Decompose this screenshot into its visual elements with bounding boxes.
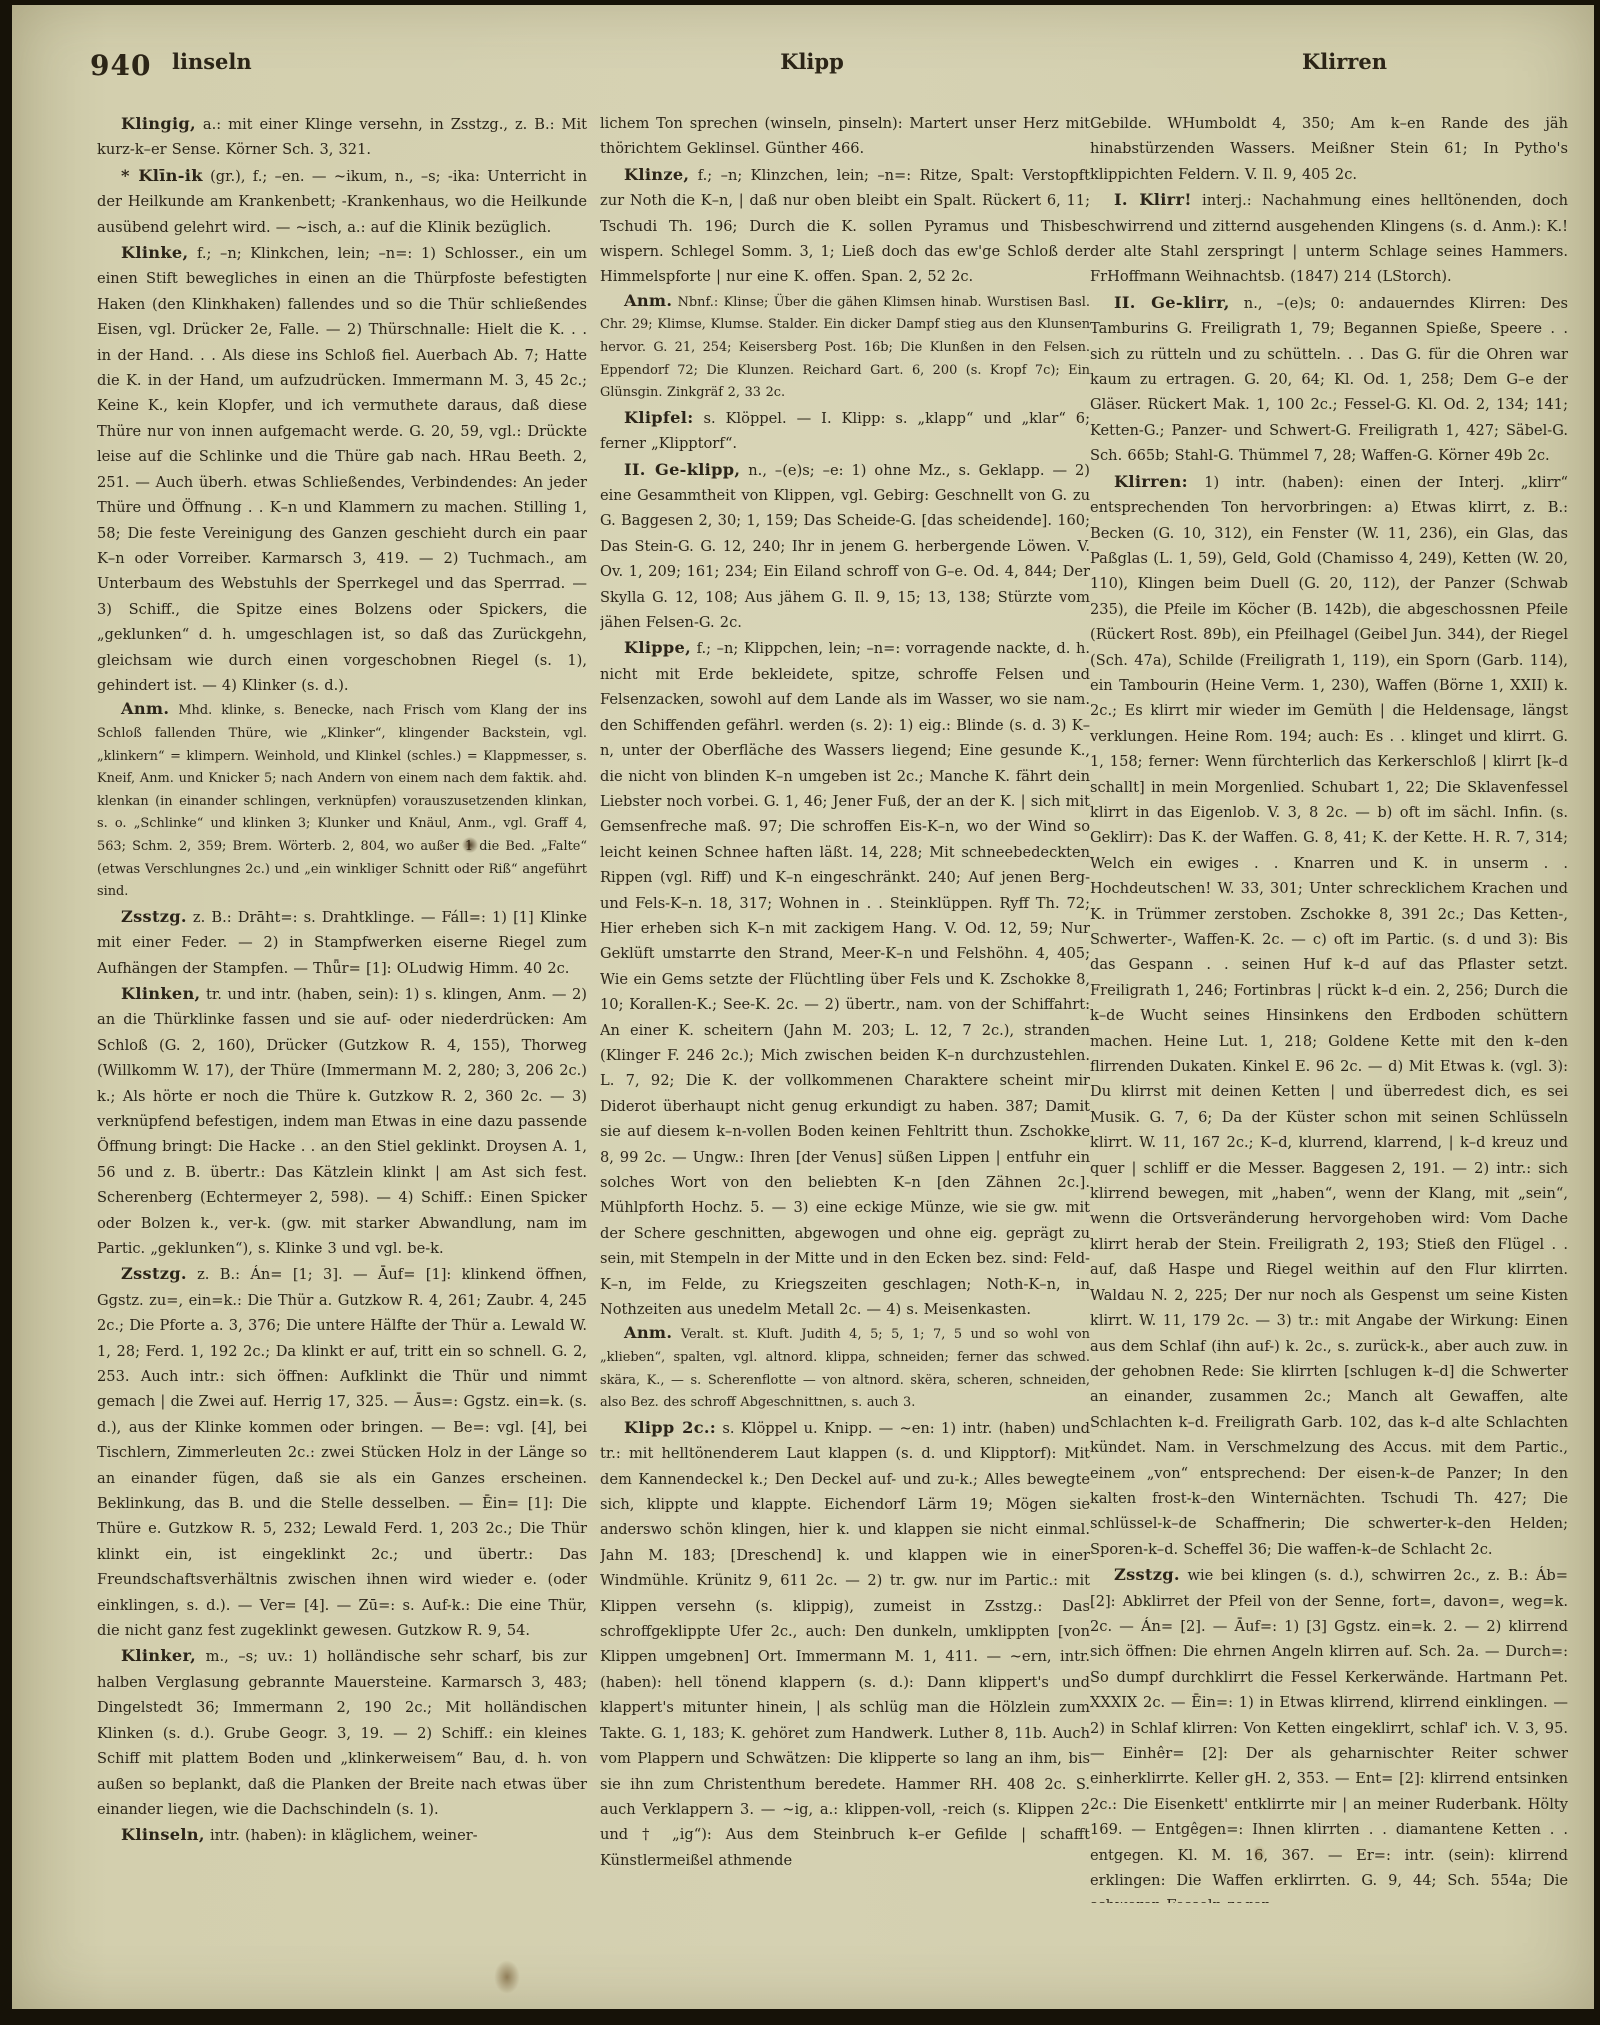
anm-klippe: Anm. Veralt. st. Kluft. Judith 4, 5; 5, … xyxy=(600,1322,1090,1414)
headword-geklipp: II. Ge-klipp, xyxy=(624,460,740,479)
entry-geklirr: II. Ge-klirr, n., –(e)s; 0: andauerndes … xyxy=(1090,290,1568,469)
entry-klinze: Klinze, f.; –n; Klinzchen, lein; –n=: Ri… xyxy=(600,162,1090,290)
zsstzg-label: Zsstzg. xyxy=(121,907,187,926)
zsstzg-label: Zsstzg. xyxy=(121,1264,187,1283)
anm-label: Anm. xyxy=(624,291,672,310)
running-head-right: Klirren xyxy=(1302,49,1387,74)
entry-klippe: Klippe, f.; –n; Klippchen, lein; –n=: vo… xyxy=(600,635,1090,1322)
anm-klinze: Anm. Nbnf.: Klinse; Über die gähen Klims… xyxy=(600,290,1090,405)
entry-klinken: Klinken, tr. und intr. (haben, sein): 1)… xyxy=(97,981,587,1261)
entry-klirren: Klirren: 1) intr. (haben): einen der Int… xyxy=(1090,469,1568,1562)
continuation-klinseln: lichem Ton sprechen (winseln, pinseln): … xyxy=(600,111,1090,162)
continuation-klippig: Gebilde. WHumboldt 4, 350; Am k–en Rande… xyxy=(1090,111,1568,187)
headword-klipfel: Klipfel: xyxy=(624,408,693,427)
headword-klingig: Klingig, xyxy=(121,114,196,133)
middle-column: lichem Ton sprechen (winseln, pinseln): … xyxy=(600,111,1090,1933)
entry-text: f.; –n; Klinzchen, lein; –n=: Ritze, Spa… xyxy=(600,167,1090,286)
entry-text: f.; –n; Klinkchen, lein; –n=: 1) Schloss… xyxy=(97,245,587,694)
entry-text: m., –s; uv.: 1) holländische sehr scharf… xyxy=(97,1648,587,1817)
entry-text: wie bei klingen (s. d.), schwirren 2c., … xyxy=(1090,1567,1568,1903)
entry-text: s. Klöppel u. Knipp. — ~en: 1) intr. (ha… xyxy=(600,1420,1090,1869)
paper-stain xyxy=(494,1960,520,1994)
headword-klinke: Klinke, xyxy=(121,243,188,262)
entry-text: tr. und intr. (haben, sein): 1) s. kling… xyxy=(97,986,587,1257)
paper-stain xyxy=(1252,1845,1266,1863)
entry-text: Nbnf.: Klinse; Über die gähen Klimsen hi… xyxy=(600,295,1090,400)
entry-klingig: Klingig, a.: mit einer Klinge versehn, i… xyxy=(97,111,587,163)
left-column: Klingig, a.: mit einer Klinge versehn, i… xyxy=(97,111,587,1963)
scanned-page: 940 linseln Klipp Klirren Klingig, a.: m… xyxy=(12,5,1594,2009)
headword-klippe: Klippe, xyxy=(624,638,691,657)
headword-klinker: Klinker, xyxy=(121,1646,196,1665)
headword-geklirr: II. Ge-klirr, xyxy=(1114,293,1230,312)
entry-klinseln: Klinseln, intr. (haben): in kläglichem, … xyxy=(97,1822,587,1848)
entry-text: n., –(e)s; 0: andauerndes Klirren: Des T… xyxy=(1090,295,1568,464)
entry-klipfel: Klipfel: s. Klöppel. — I. Klipp: s. „kla… xyxy=(600,405,1090,457)
entry-text: lichem Ton sprechen (winseln, pinseln): … xyxy=(600,115,1090,157)
entry-geklipp: II. Ge-klipp, n., –(e)s; –e: 1) ohne Mz.… xyxy=(600,457,1090,636)
entry-text: f.; –n; Klippchen, lein; –n=: vorragende… xyxy=(600,640,1090,1318)
entry-klinker: Klinker, m., –s; uv.: 1) holländische se… xyxy=(97,1643,587,1822)
right-column: Gebilde. WHumboldt 4, 350; Am k–en Rande… xyxy=(1090,111,1568,1903)
entry-text: z. B.: Án= [1; 3]. — Āuf= [1]: klinkend … xyxy=(97,1266,587,1639)
headword-klinze: Klinze, xyxy=(624,165,689,184)
entry-text: Mhd. klinke, s. Benecke, nach Frisch vom… xyxy=(97,703,587,899)
entry-klipp: Klipp 2c.: s. Klöppel u. Knipp. — ~en: 1… xyxy=(600,1415,1090,1873)
headword-klinik: * Klīn-ik xyxy=(121,166,203,185)
anm-klinke: Anm. Mhd. klinke, s. Benecke, nach Frisc… xyxy=(97,698,587,903)
ink-blot xyxy=(462,837,478,853)
zsstzg-klinken: Zsstzg. z. B.: Án= [1; 3]. — Āuf= [1]: k… xyxy=(97,1261,587,1643)
anm-label: Anm. xyxy=(624,1323,672,1342)
entry-text: Veralt. st. Kluft. Judith 4, 5; 5, 1; 7,… xyxy=(600,1327,1090,1410)
entry-klinke: Klinke, f.; –n; Klinkchen, lein; –n=: 1)… xyxy=(97,240,587,698)
headword-klinseln: Klinseln, xyxy=(121,1825,205,1844)
entry-text: n., –(e)s; –e: 1) ohne Mz., s. Geklapp. … xyxy=(600,462,1090,631)
zsstzg-klinke: Zsstzg. z. B.: Drāht=: s. Drahtklinge. —… xyxy=(97,904,587,981)
entry-text: intr. (haben): in kläglichem, weiner- xyxy=(205,1827,478,1844)
entry-klirr-interj: I. Klirr! interj.: Nachahmung eines hell… xyxy=(1090,187,1568,290)
headword-klirren: Klirren: xyxy=(1114,472,1188,491)
entry-klinik: * Klīn-ik (gr.), f.; –en. — ~ikum, n., –… xyxy=(97,163,587,240)
entry-text: 1) intr. (haben): einen der Interj. „kli… xyxy=(1090,474,1568,1558)
headword-klirr: I. Klirr! xyxy=(1114,190,1192,209)
zsstzg-klirren: Zsstzg. wie bei klingen (s. d.), schwirr… xyxy=(1090,1562,1568,1903)
anm-label: Anm. xyxy=(121,699,169,718)
entry-text: Gebilde. WHumboldt 4, 350; Am k–en Rande… xyxy=(1090,115,1568,183)
headword-klinken: Klinken, xyxy=(121,984,200,1003)
zsstzg-label: Zsstzg. xyxy=(1114,1565,1180,1584)
headword-klipp: Klipp 2c.: xyxy=(624,1418,716,1437)
